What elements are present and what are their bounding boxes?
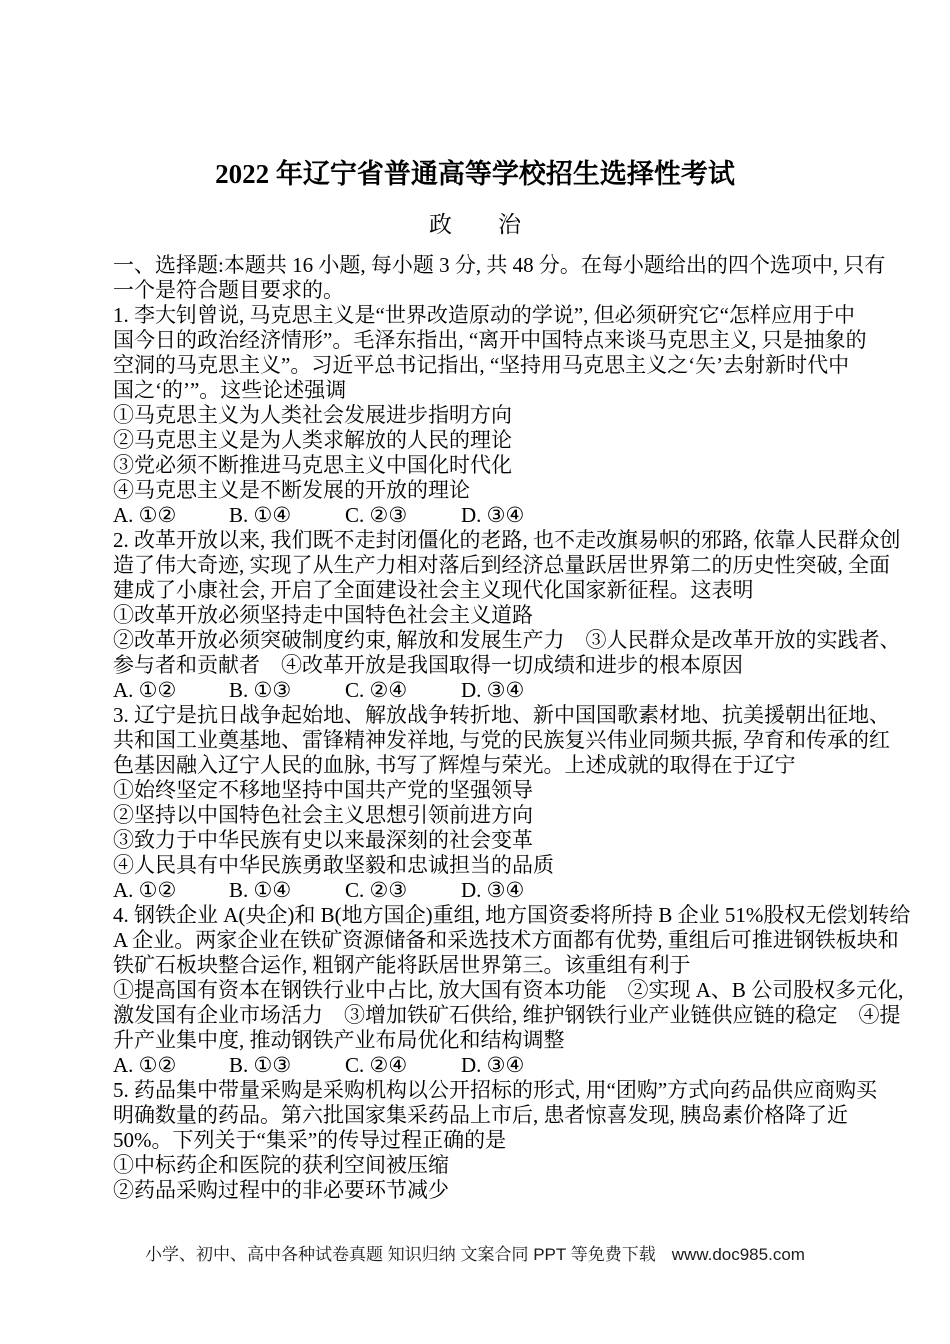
footer-promo-text: 小学、初中、高中各种试卷真题 知识归纳 文案合同 PPT 等免费下载: [145, 1245, 656, 1264]
question-3-line-5: ②坚持以中国特色社会主义思想引领前进方向: [113, 803, 850, 828]
question-4-option-d: D. ③④: [461, 1053, 577, 1078]
question-1-options-row: A. ①②B. ①④C. ②③D. ③④: [113, 503, 850, 528]
question-5: 5. 药品集中带量采购是采购机构以公开招标的形式, 用“团购”方式向药品供应商购…: [113, 1078, 850, 1203]
question-3-option-d: D. ③④: [461, 878, 577, 903]
question-1-option-c: C. ②③: [345, 503, 461, 528]
question-3-line-2: 共和国工业奠基地、雷锋精神发祥地, 与党的民族复兴伟业同频共振, 孕育和传承的红: [113, 728, 850, 753]
question-1-line-6: ②马克思主义是为人类求解放的人民的理论: [113, 428, 850, 453]
section-intro-line-2: 一个是符合题目要求的。: [113, 278, 850, 303]
question-2-options-row: A. ①②B. ①③C. ②④D. ③④: [113, 678, 850, 703]
question-4-line-2: A 企业。两家企业在铁矿资源储备和采选技术方面都有优势, 重组后可推进钢铁板块和: [113, 928, 850, 953]
question-2-line-5: ②改革开放必须突破制度约束, 解放和发展生产力 ③人民群众是改革开放的实践者、: [113, 628, 850, 653]
question-3-option-c: C. ②③: [345, 878, 461, 903]
question-1-option-b: B. ①④: [229, 503, 345, 528]
question-4-options-row: A. ①②B. ①③C. ②④D. ③④: [113, 1053, 850, 1078]
question-2-option-a: A. ①②: [113, 678, 229, 703]
question-3-option-b: B. ①④: [229, 878, 345, 903]
question-5-line-5: ②药品采购过程中的非必要环节减少: [113, 1178, 850, 1203]
question-1-line-4: 国之‘的’”。这些论述强调: [113, 378, 850, 403]
document-title: 2022 年辽宁省普通高等学校招生选择性考试: [0, 157, 950, 191]
question-2-line-2: 造了伟大奇迹, 实现了从生产力相对落后到经济总量跃居世界第二的历史性突破, 全面: [113, 553, 850, 578]
question-3-line-6: ③致力于中华民族有史以来最深刻的社会变革: [113, 828, 850, 853]
question-4: 4. 钢铁企业 A(央企)和 B(地方国企)重组, 地方国资委将所持 B 企业 …: [113, 903, 850, 1078]
question-4-option-b: B. ①③: [229, 1053, 345, 1078]
question-3-line-1: 3. 辽宁是抗日战争起始地、解放战争转折地、新中国国歌素材地、抗美援朝出征地、: [113, 703, 850, 728]
question-2-line-6: 参与者和贡献者 ④改革开放是我国取得一切成绩和进步的根本原因: [113, 653, 850, 678]
question-1-option-a: A. ①②: [113, 503, 229, 528]
document-subject: 政 治: [0, 210, 950, 240]
question-1-line-1: 1. 李大钊曾说, 马克思主义是“世界改造原动的学说”, 但必须研究它“怎样应用…: [113, 303, 850, 328]
question-2-line-3: 建成了小康社会, 开启了全面建设社会主义现代化国家新征程。这表明: [113, 578, 850, 603]
question-3-option-a: A. ①②: [113, 878, 229, 903]
document-content: 一、选择题:本题共 16 小题, 每小题 3 分, 共 48 分。在每小题给出的…: [113, 253, 850, 1203]
question-1: 1. 李大钊曾说, 马克思主义是“世界改造原动的学说”, 但必须研究它“怎样应用…: [113, 303, 850, 528]
question-3-line-4: ①始终坚定不移地坚持中国共产党的坚强领导: [113, 778, 850, 803]
question-5-line-1: 5. 药品集中带量采购是采购机构以公开招标的形式, 用“团购”方式向药品供应商购…: [113, 1078, 850, 1103]
question-4-line-4: ①提高国有资本在钢铁行业中占比, 放大国有资本功能 ②实现 A、B 公司股权多元…: [113, 978, 850, 1003]
question-4-option-c: C. ②④: [345, 1053, 461, 1078]
question-3-line-3: 色基因融入辽宁人民的血脉, 书写了辉煌与荣光。上述成就的取得在于辽宁: [113, 753, 850, 778]
question-5-line-2: 明确数量的药品。第六批国家集采药品上市后, 患者惊喜发现, 胰岛素价格降了近: [113, 1103, 850, 1128]
question-4-line-5: 激发国有企业市场活力 ③增加铁矿石供给, 维护钢铁行业产业链供应链的稳定 ④提: [113, 1003, 850, 1028]
question-1-line-7: ③党必须不断推进马克思主义中国化时代化: [113, 453, 850, 478]
question-1-line-5: ①马克思主义为人类社会发展进步指明方向: [113, 403, 850, 428]
question-1-line-8: ④马克思主义是不断发展的开放的理论: [113, 478, 850, 503]
question-5-line-3: 50%。下列关于“集采”的传导过程正确的是: [113, 1128, 850, 1153]
question-2-option-b: B. ①③: [229, 678, 345, 703]
question-2-option-c: C. ②④: [345, 678, 461, 703]
question-3-options-row: A. ①②B. ①④C. ②③D. ③④: [113, 878, 850, 903]
page-body: 2022 年辽宁省普通高等学校招生选择性考试 政 治 一、选择题:本题共 16 …: [0, 0, 950, 1203]
question-4-line-6: 升产业集中度, 推动钢铁产业布局优化和结构调整: [113, 1028, 850, 1053]
question-3: 3. 辽宁是抗日战争起始地、解放战争转折地、新中国国歌素材地、抗美援朝出征地、共…: [113, 703, 850, 903]
question-1-line-2: 国今日的政治经济情形”。毛泽东指出, “离开中国特点来谈马克思主义, 只是抽象的: [113, 328, 850, 353]
question-4-option-a: A. ①②: [113, 1053, 229, 1078]
question-2-line-4: ①改革开放必须坚持走中国特色社会主义道路: [113, 603, 850, 628]
questions: 1. 李大钊曾说, 马克思主义是“世界改造原动的学说”, 但必须研究它“怎样应用…: [113, 303, 850, 1203]
exam-paper-page: 2022 年辽宁省普通高等学校招生选择性考试 政 治 一、选择题:本题共 16 …: [0, 0, 950, 1344]
question-2: 2. 改革开放以来, 我们既不走封闭僵化的老路, 也不走改旗易帜的邪路, 依靠人…: [113, 528, 850, 703]
question-2-line-1: 2. 改革开放以来, 我们既不走封闭僵化的老路, 也不走改旗易帜的邪路, 依靠人…: [113, 528, 850, 553]
question-4-line-3: 铁矿石板块整合运作, 粗钢产能将跃居世界第三。该重组有利于: [113, 953, 850, 978]
page-footer: 小学、初中、高中各种试卷真题 知识归纳 文案合同 PPT 等免费下载www.do…: [0, 1243, 950, 1267]
question-3-line-7: ④人民具有中华民族勇敢坚毅和忠诚担当的品质: [113, 853, 850, 878]
question-5-line-4: ①中标药企和医院的获利空间被压缩: [113, 1153, 850, 1178]
section-intro-line-1: 一、选择题:本题共 16 小题, 每小题 3 分, 共 48 分。在每小题给出的…: [113, 253, 850, 278]
question-1-option-d: D. ③④: [461, 503, 577, 528]
question-1-line-3: 空洞的马克思主义”。习近平总书记指出, “坚持用马克思主义之‘矢’去射新时代中: [113, 353, 850, 378]
question-2-option-d: D. ③④: [461, 678, 577, 703]
footer-site-url: www.doc985.com: [672, 1245, 805, 1264]
question-4-line-1: 4. 钢铁企业 A(央企)和 B(地方国企)重组, 地方国资委将所持 B 企业 …: [113, 903, 850, 928]
